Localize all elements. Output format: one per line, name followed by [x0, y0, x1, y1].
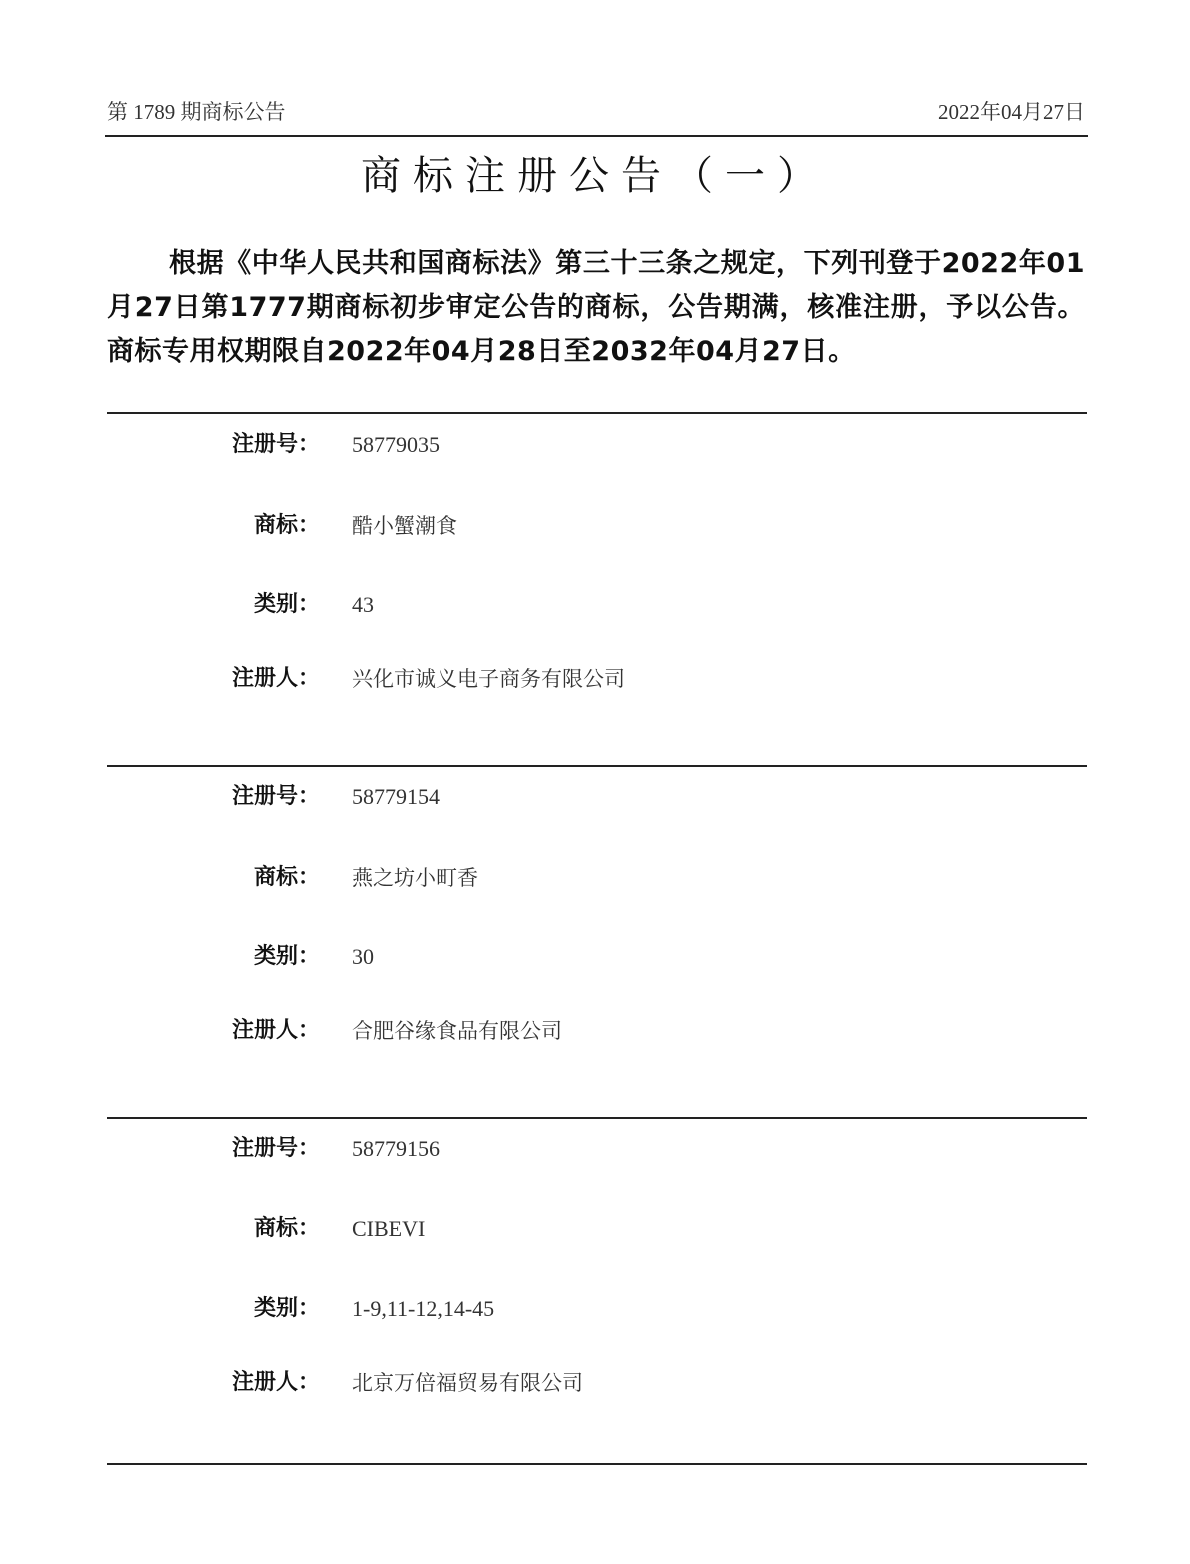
mark-row: 商标： 酷小蟹潮食: [0, 509, 1190, 543]
registrant-label: 注册人：: [232, 1014, 320, 1048]
registrant-value: 兴化市诚义电子商务有限公司: [352, 662, 625, 696]
issue-date: 2022年04月27日: [938, 96, 1085, 126]
class-row: 类别： 1-9,11-12,14-45: [0, 1292, 1190, 1326]
reg-no-label: 注册号：: [232, 1132, 320, 1166]
class-row: 类别： 43: [0, 588, 1190, 622]
reg-no-row: 注册号： 58779035: [0, 428, 1190, 462]
header-divider: [105, 135, 1088, 137]
registrant-label: 注册人：: [232, 662, 320, 696]
entry-divider: [107, 765, 1087, 767]
registrant-row: 注册人： 兴化市诚义电子商务有限公司: [0, 662, 1190, 696]
class-label: 类别：: [254, 1292, 320, 1326]
mark-row: 商标： CIBEVI: [0, 1212, 1190, 1246]
reg-no-value: 58779156: [352, 1132, 440, 1166]
mark-label: 商标：: [254, 1212, 320, 1246]
class-row: 类别： 30: [0, 940, 1190, 974]
reg-no-label: 注册号：: [232, 780, 320, 814]
entry-divider: [107, 1117, 1087, 1119]
bottom-divider: [107, 1463, 1087, 1465]
mark-label: 商标：: [254, 861, 320, 895]
reg-no-label: 注册号：: [232, 428, 320, 462]
mark-value: 燕之坊小町香: [352, 861, 478, 895]
registrant-row: 注册人： 合肥谷缘食品有限公司: [0, 1014, 1190, 1048]
registrant-value: 合肥谷缘食品有限公司: [352, 1014, 562, 1048]
reg-no-row: 注册号： 58779154: [0, 780, 1190, 814]
registrant-row: 注册人： 北京万倍福贸易有限公司: [0, 1366, 1190, 1400]
reg-no-value: 58779035: [352, 428, 440, 462]
mark-value: CIBEVI: [352, 1212, 425, 1246]
reg-no-value: 58779154: [352, 780, 440, 814]
registrant-label: 注册人：: [232, 1366, 320, 1400]
page-title: 商标注册公告（一）: [0, 148, 1190, 204]
issue-number: 第 1789 期商标公告: [107, 96, 286, 126]
class-label: 类别：: [254, 588, 320, 622]
class-label: 类别：: [254, 940, 320, 974]
class-value: 1-9,11-12,14-45: [352, 1292, 494, 1326]
mark-value: 酷小蟹潮食: [352, 509, 457, 543]
registrant-value: 北京万倍福贸易有限公司: [352, 1366, 583, 1400]
page-header: 第 1789 期商标公告 2022年04月27日: [107, 96, 1085, 126]
reg-no-row: 注册号： 58779156: [0, 1132, 1190, 1166]
class-value: 43: [352, 588, 374, 622]
entry-divider: [107, 412, 1087, 414]
intro-paragraph: 根据《中华人民共和国商标法》第三十三条之规定，下列刊登于2022年01月27日第…: [107, 242, 1085, 374]
mark-row: 商标： 燕之坊小町香: [0, 861, 1190, 895]
class-value: 30: [352, 940, 374, 974]
mark-label: 商标：: [254, 509, 320, 543]
